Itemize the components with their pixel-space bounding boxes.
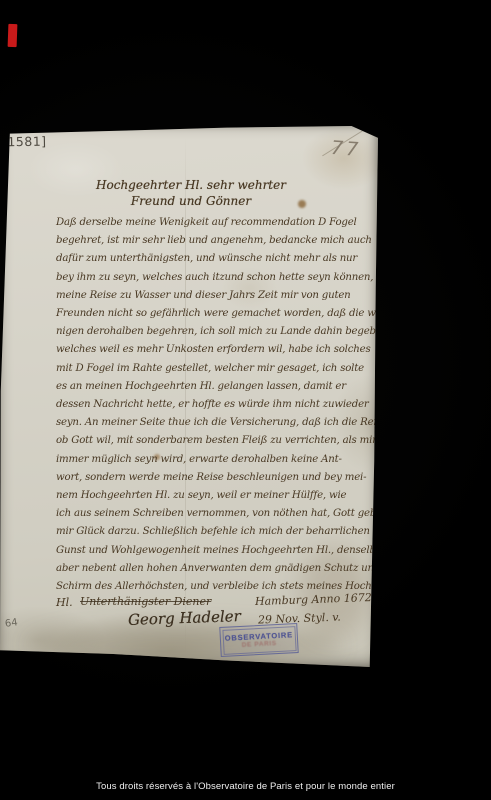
stamp-text-line2: DE PARIS [242,640,277,649]
place-date: Hamburg Anno 1672 [255,591,372,608]
stamp-inner-border: OBSERVATOIRE DE PARIS [222,626,296,655]
manuscript-page: [1581] 77 64 Hochgeehrter Hl. sehr wehrt… [0,126,378,667]
red-marker [8,24,18,47]
signature: Georg Hadeler [128,607,241,629]
closing-continuation: Hl. [56,596,73,609]
letter-closing: Hl. Unterthänigster Diener Georg Hadeler… [0,126,378,667]
valediction: Unterthänigster Diener [80,595,211,608]
observatory-stamp: OBSERVATOIRE DE PARIS [219,623,298,657]
copyright-footer: Tous droits réservés à l'Observatoire de… [0,781,491,792]
